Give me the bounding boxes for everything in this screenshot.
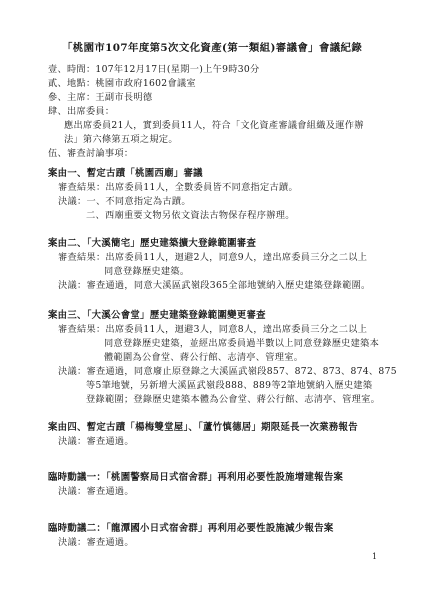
case-4-resolution: 決議：審查通過。 [58,436,134,448]
meta-chair: 參、主席：王副市長明德 [48,92,152,104]
case-2-review-result-cont: 同意登錄歷史建築。 [104,266,189,278]
case-3-review-result: 審查結果：出席委員11人，迴避3人，同意8人，達出席委員三分之二以上 [58,324,367,336]
case-2-heading: 案由二、「大溪簡宅」歷史建築擴大登錄範圍審查 [48,238,256,250]
document-page: 「桃園市107年度第5次文化資產(第一類組)審議會」會議紀錄 壹、時間：107年… [0,0,425,600]
case-3-review-result-cont-1: 同意登錄歷史建築，並經出席委員過半數以上同意登錄歷史建築本 [104,338,379,350]
case-1-review-result: 審查結果：出席委員11人，全數委員皆不同意指定古蹟。 [58,182,298,194]
case-2-resolution: 決議：審查通過，同意大溪區武嶺段365全部地號納入歷史建築登錄範圍。 [58,280,371,292]
case-3-resolution: 決議：審查通過，同意廢止原登錄之大溪區武嶺段857、872、873、874、87… [58,366,397,378]
meta-review-items: 伍、審查討論事項： [48,148,133,160]
case-1-heading: 案由一、暫定古蹟「桃園西廟」審議 [48,168,203,180]
case-4-heading: 案由四、暫定古蹟「楊梅雙堂屋」、「蘆竹慎德居」期限延長一次業務報告 [48,422,358,434]
case-3-resolution-cont-2: 登錄範圍；登錄歷史建築本體為公會堂、蔣公行館、志清亭、管理室。 [86,394,380,406]
document-title: 「桃園市107年度第5次文化資產(第一類組)審議會」會議紀錄 [62,42,362,54]
meta-attendees-detail-cont: 法」第六條第五項之規定。 [64,134,178,146]
case-1-resolution-item-2: 二、西廟重要文物另依文資法古物保存程序辦理。 [86,210,295,222]
motion-2-resolution: 決議：審查通過。 [58,537,134,549]
case-1-resolution: 決議：一、不同意指定為古蹟。 [58,196,191,208]
page-number: 1 [372,551,377,563]
meta-attendees-label: 肆、出席委員： [48,106,114,118]
meta-time: 壹、時間：107年12月17日(星期一)上午9時30分 [48,64,260,76]
motion-2-heading: 臨時動議二：「龍潭國小日式宿舍群」再利用必要性設施減少報告案 [48,523,334,535]
case-3-resolution-cont-1: 等5筆地號，另新增大溪區武嶺段888、889等2筆地號納入歷史建築 [86,380,372,392]
motion-1-heading: 臨時動議一：「桃園警察局日式宿舍群」再利用必要性設施增建報告案 [48,472,343,484]
meta-attendees-detail: 應出席委員21人，實到委員11人，符合「文化資產審議會組織及運作辦 [64,120,364,132]
case-2-review-result: 審查結果：出席委員11人，迴避2人，同意9人，達出席委員三分之二以上 [58,252,367,264]
motion-1-resolution: 決議：審查通過。 [58,486,134,498]
case-3-review-result-cont-2: 體範圍為公會堂、蔣公行館、志清亭、管理室。 [104,352,303,364]
case-3-heading: 案由三、「大溪公會堂」歷史建築登錄範圍變更審查 [48,310,266,322]
meta-location: 貳、地點：桃園市政府1602會議室 [48,78,196,90]
